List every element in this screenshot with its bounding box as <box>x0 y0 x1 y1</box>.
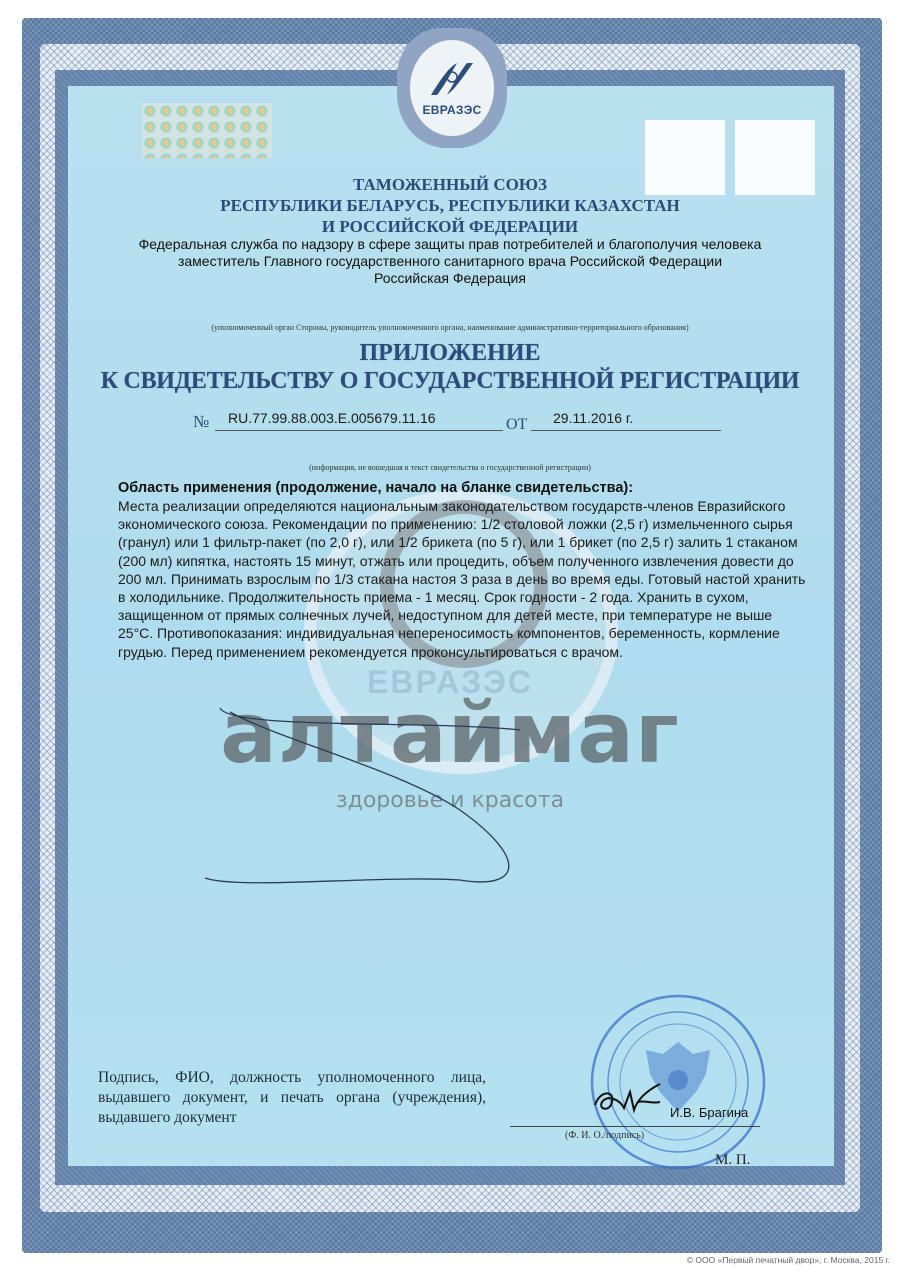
number-sign: № <box>193 412 209 432</box>
section-heading: Область применения (продолжение, начало … <box>118 480 633 496</box>
evrazes-logo-icon <box>427 59 477 99</box>
registration-date: 29.11.2016 г. <box>553 410 633 426</box>
evrazes-label: ЕВРАЗЭС <box>422 103 481 117</box>
fio-caption: (Ф. И. О./подпись) <box>565 1130 644 1141</box>
handwritten-signature <box>590 1080 680 1120</box>
signature-underline <box>510 1126 760 1127</box>
document-subtitle: К СВИДЕТЕЛЬСТВУ О ГОСУДАРСТВЕННОЙ РЕГИСТ… <box>0 368 900 395</box>
number-underline <box>215 430 503 431</box>
evrazes-emblem: ЕВРАЗЭС <box>397 28 507 148</box>
signature-label: Подпись, ФИО, должность уполномоченного … <box>98 1068 486 1128</box>
signer-name: И.В. Брагина <box>670 1105 748 1120</box>
registration-number: RU.77.99.88.003.E.005679.11.16 <box>228 410 436 426</box>
authority-line-1: Федеральная служба по надзору в сфере за… <box>0 236 900 252</box>
authority-line-3: Российская Федерация <box>0 270 900 286</box>
authority-line-2: заместитель Главного государственного са… <box>0 253 900 269</box>
registration-row: № RU.77.99.88.003.E.005679.11.16 ОТ 29.1… <box>193 408 723 434</box>
info-caption: (информация, не вошедшая в текст свидете… <box>0 463 900 472</box>
from-label: ОТ <box>506 416 527 434</box>
hologram-sticker <box>142 103 272 158</box>
document-title: ПРИЛОЖЕНИЕ <box>0 340 900 367</box>
printer-copyright: © ООО «Первый печатный двор», г. Москва,… <box>687 1255 890 1265</box>
union-title-line-1: ТАМОЖЕННЫЙ СОЮЗ <box>0 175 900 195</box>
union-title-line-3: И РОССИЙСКОЙ ФЕДЕРАЦИИ <box>0 217 900 237</box>
seal-place-mark: М. П. <box>715 1152 750 1169</box>
date-underline <box>531 430 721 431</box>
cancel-stroke <box>200 700 600 890</box>
evrazes-emblem-inner: ЕВРАЗЭС <box>410 40 494 136</box>
application-text: Места реализации определяются национальн… <box>118 497 808 661</box>
union-title-line-2: РЕСПУБЛИКИ БЕЛАРУСЬ, РЕСПУБЛИКИ КАЗАХСТА… <box>0 196 900 216</box>
authority-caption: (уполномоченный орган Стороны, руководит… <box>0 323 900 332</box>
